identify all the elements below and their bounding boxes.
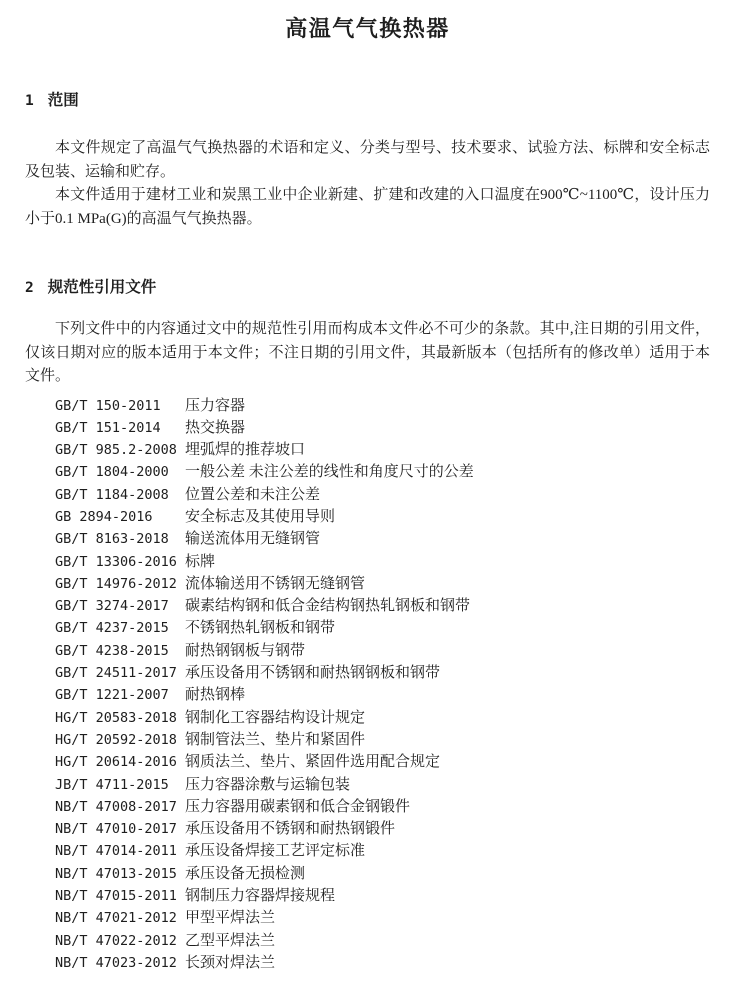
reference-title: 承压设备焊接工艺评定标准 <box>185 840 365 862</box>
reference-title: 压力容器涂敷与运输包装 <box>185 774 350 796</box>
section-title: 范围 <box>48 92 79 109</box>
reference-code: NB/T 47010-2017 <box>55 818 185 840</box>
reference-code: GB/T 14976-2012 <box>55 573 185 595</box>
reference-code: HG/T 20592-2018 <box>55 729 185 751</box>
reference-row: GB/T 4238-2015耐热钢钢板与钢带 <box>55 640 710 662</box>
reference-code: NB/T 47008-2017 <box>55 796 185 818</box>
section-normative-references: 2规范性引用文件 下列文件中的内容通过文中的规范性引用而构成本文件必不可少的条款… <box>25 277 710 974</box>
section-number: 2 <box>25 278 34 299</box>
reference-title: 压力容器用碳素钢和低合金钢锻件 <box>185 796 410 818</box>
reference-code: GB/T 985.2-2008 <box>55 439 185 461</box>
reference-title: 碳素结构钢和低合金结构钢热轧钢板和钢带 <box>185 595 470 617</box>
reference-title: 乙型平焊法兰 <box>185 930 275 952</box>
reference-title: 一般公差 未注公差的线性和角度尺寸的公差 <box>185 461 474 483</box>
reference-list: GB/T 150-2011压力容器 GB/T 151-2014热交换器 GB/T… <box>55 395 710 975</box>
reference-row: GB/T 14976-2012流体输送用不锈钢无缝钢管 <box>55 573 710 595</box>
reference-code: GB/T 3274-2017 <box>55 595 185 617</box>
reference-row: GB/T 151-2014热交换器 <box>55 417 710 439</box>
reference-code: GB/T 1804-2000 <box>55 461 185 483</box>
reference-code: GB/T 24511-2017 <box>55 662 185 684</box>
reference-row: GB/T 8163-2018输送流体用无缝钢管 <box>55 528 710 550</box>
document-title: 高温气气换热器 <box>25 14 710 44</box>
reference-row: JB/T 4711-2015压力容器涂敷与运输包装 <box>55 774 710 796</box>
reference-code: HG/T 20583-2018 <box>55 707 185 729</box>
reference-title: 热交换器 <box>185 417 245 439</box>
reference-title: 不锈钢热轧钢板和钢带 <box>185 617 335 639</box>
reference-row: HG/T 20583-2018钢制化工容器结构设计规定 <box>55 707 710 729</box>
paragraph: 下列文件中的内容通过文中的规范性引用而构成本文件必不可少的条款。其中,注日期的引… <box>25 318 710 389</box>
reference-code: GB/T 1221-2007 <box>55 684 185 706</box>
reference-code: GB/T 4238-2015 <box>55 640 185 662</box>
reference-title: 标牌 <box>185 551 215 573</box>
reference-row: GB/T 13306-2016标牌 <box>55 551 710 573</box>
reference-title: 承压设备用不锈钢和耐热钢钢板和钢带 <box>185 662 440 684</box>
reference-row: NB/T 47022-2012乙型平焊法兰 <box>55 930 710 952</box>
reference-title: 位置公差和未注公差 <box>185 484 320 506</box>
paragraph: 本文件适用于建材工业和炭黑工业中企业新建、扩建和改建的入口温度在900℃~110… <box>25 184 710 231</box>
section-scope-heading: 1范围 <box>25 90 710 112</box>
reference-row: NB/T 47014-2011承压设备焊接工艺评定标准 <box>55 840 710 862</box>
reference-code: GB/T 1184-2008 <box>55 484 185 506</box>
reference-row: GB/T 4237-2015不锈钢热轧钢板和钢带 <box>55 617 710 639</box>
section-scope: 1范围 本文件规定了高温气气换热器的术语和定义、分类与型号、技术要求、试验方法、… <box>25 90 710 231</box>
reference-row: HG/T 20614-2016钢质法兰、垫片、紧固件选用配合规定 <box>55 751 710 773</box>
reference-title: 钢质法兰、垫片、紧固件选用配合规定 <box>185 751 440 773</box>
reference-row: NB/T 47015-2011钢制压力容器焊接规程 <box>55 885 710 907</box>
reference-title: 耐热钢钢板与钢带 <box>185 640 305 662</box>
reference-code: GB/T 150-2011 <box>55 395 185 417</box>
reference-row: HG/T 20592-2018钢制管法兰、垫片和紧固件 <box>55 729 710 751</box>
reference-row: GB 2894-2016安全标志及其使用导则 <box>55 506 710 528</box>
reference-row: NB/T 47021-2012甲型平焊法兰 <box>55 907 710 929</box>
reference-row: GB/T 24511-2017承压设备用不锈钢和耐热钢钢板和钢带 <box>55 662 710 684</box>
reference-code: JB/T 4711-2015 <box>55 774 185 796</box>
reference-title: 长颈对焊法兰 <box>185 952 275 974</box>
reference-code: NB/T 47013-2015 <box>55 863 185 885</box>
reference-title: 压力容器 <box>185 395 245 417</box>
reference-row: NB/T 47023-2012长颈对焊法兰 <box>55 952 710 974</box>
reference-code: NB/T 47015-2011 <box>55 885 185 907</box>
reference-title: 钢制化工容器结构设计规定 <box>185 707 365 729</box>
reference-title: 承压设备用不锈钢和耐热钢锻件 <box>185 818 395 840</box>
reference-row: GB/T 985.2-2008埋弧焊的推荐坡口 <box>55 439 710 461</box>
section-scope-body: 本文件规定了高温气气换热器的术语和定义、分类与型号、技术要求、试验方法、标牌和安… <box>25 137 710 231</box>
reference-code: GB 2894-2016 <box>55 506 185 528</box>
reference-code: GB/T 151-2014 <box>55 417 185 439</box>
reference-code: NB/T 47023-2012 <box>55 952 185 974</box>
reference-code: GB/T 8163-2018 <box>55 528 185 550</box>
reference-title: 输送流体用无缝钢管 <box>185 528 320 550</box>
reference-code: GB/T 4237-2015 <box>55 617 185 639</box>
reference-title: 耐热钢棒 <box>185 684 245 706</box>
reference-code: NB/T 47022-2012 <box>55 930 185 952</box>
reference-title: 钢制管法兰、垫片和紧固件 <box>185 729 365 751</box>
reference-code: HG/T 20614-2016 <box>55 751 185 773</box>
reference-code: NB/T 47021-2012 <box>55 907 185 929</box>
section-title: 规范性引用文件 <box>48 279 157 296</box>
reference-row: GB/T 3274-2017碳素结构钢和低合金结构钢热轧钢板和钢带 <box>55 595 710 617</box>
reference-code: GB/T 13306-2016 <box>55 551 185 573</box>
section-number: 1 <box>25 91 34 112</box>
reference-code: NB/T 47014-2011 <box>55 840 185 862</box>
reference-title: 甲型平焊法兰 <box>185 907 275 929</box>
reference-row: NB/T 47010-2017承压设备用不锈钢和耐热钢锻件 <box>55 818 710 840</box>
reference-title: 埋弧焊的推荐坡口 <box>185 439 305 461</box>
reference-row: NB/T 47008-2017压力容器用碳素钢和低合金钢锻件 <box>55 796 710 818</box>
reference-title: 钢制压力容器焊接规程 <box>185 885 335 907</box>
reference-title: 流体输送用不锈钢无缝钢管 <box>185 573 365 595</box>
reference-row: GB/T 150-2011压力容器 <box>55 395 710 417</box>
section-normative-references-heading: 2规范性引用文件 <box>25 277 710 299</box>
document-page: 高温气气换热器 1范围 本文件规定了高温气气换热器的术语和定义、分类与型号、技术… <box>0 0 734 985</box>
reference-title: 安全标志及其使用导则 <box>185 506 335 528</box>
reference-row: NB/T 47013-2015承压设备无损检测 <box>55 863 710 885</box>
reference-title: 承压设备无损检测 <box>185 863 305 885</box>
reference-row: GB/T 1184-2008位置公差和未注公差 <box>55 484 710 506</box>
reference-row: GB/T 1804-2000一般公差 未注公差的线性和角度尺寸的公差 <box>55 461 710 483</box>
reference-row: GB/T 1221-2007耐热钢棒 <box>55 684 710 706</box>
section-normative-references-body: 下列文件中的内容通过文中的规范性引用而构成本文件必不可少的条款。其中,注日期的引… <box>25 318 710 389</box>
paragraph: 本文件规定了高温气气换热器的术语和定义、分类与型号、技术要求、试验方法、标牌和安… <box>25 137 710 184</box>
